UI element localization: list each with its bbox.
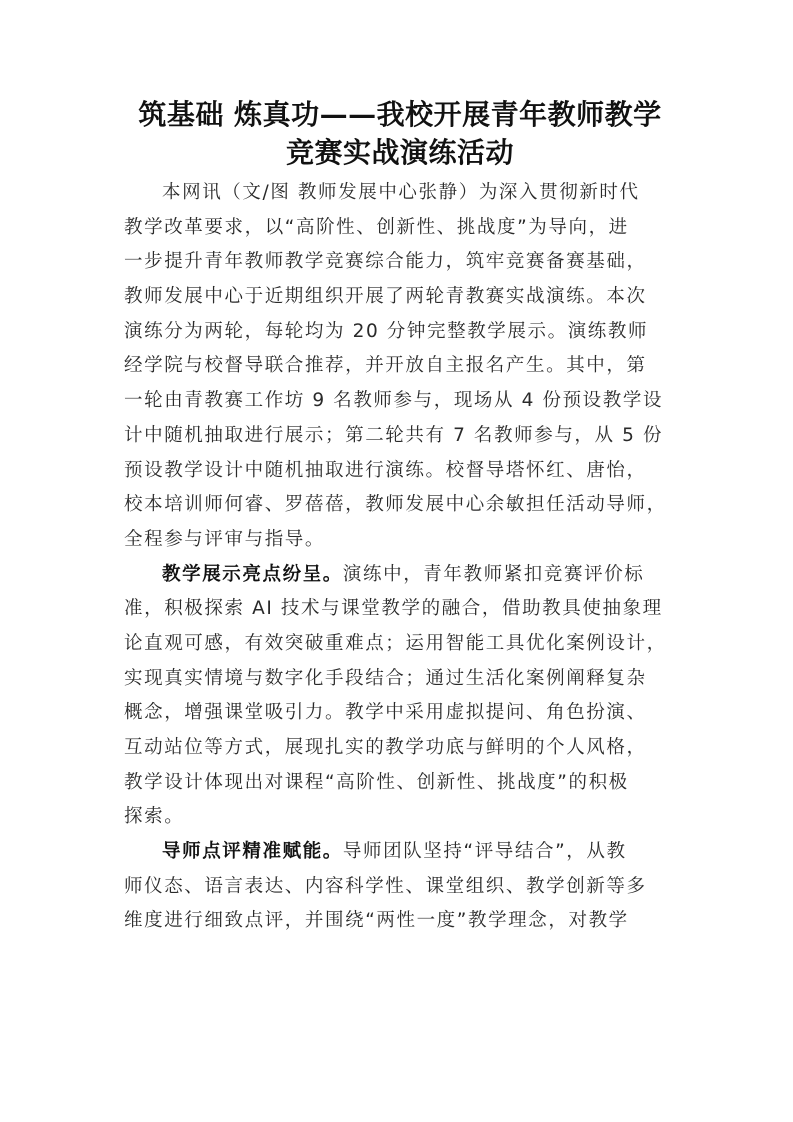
section-lead-heading: 导师点评精准赋能。 — [162, 841, 343, 862]
text-line: 探索。 — [124, 800, 684, 835]
text-line: 本网讯（文/图 教师发展中心张静）为深入贯彻新时代 — [124, 176, 684, 211]
paragraph-intro: 本网讯（文/图 教师发展中心张静）为深入贯彻新时代 教学改革要求，以“高阶性、创… — [124, 176, 684, 558]
text-line: 实现真实情境与数字化手段结合；通过生活化案例阐释复杂 — [124, 662, 684, 697]
text-line: 校本培训师何睿、罗蓓蓓，教师发展中心余敏担任活动导师， — [124, 488, 684, 523]
text-line: 教学展示亮点纷呈。演练中，青年教师紧扣竞赛评价标 — [124, 558, 684, 593]
text-line: 全程参与评审与指导。 — [124, 523, 684, 558]
document-page: 筑基础 炼真功——我校开展青年教师教学 竞赛实战演练活动 本网讯（文/图 教师发… — [0, 0, 793, 1122]
text-line: 教学改革要求，以“高阶性、创新性、挑战度”为导向，进 — [124, 211, 684, 246]
text-fragment: 导师团队坚持“评导结合”，从教 — [343, 841, 627, 862]
article-body: 本网讯（文/图 教师发展中心张静）为深入贯彻新时代 教学改革要求，以“高阶性、创… — [124, 176, 684, 939]
title-line-1: 筑基础 炼真功——我校开展青年教师教学 — [100, 96, 700, 134]
text-line: 计中随机抽取进行展示；第二轮共有 7 名教师参与，从 5 份 — [124, 419, 684, 454]
title-line-2: 竞赛实战演练活动 — [100, 134, 700, 172]
text-line: 预设教学设计中随机抽取进行演练。校督导塔怀红、唐怡， — [124, 454, 684, 489]
text-line: 教学设计体现出对课程“高阶性、创新性、挑战度”的积极 — [124, 766, 684, 801]
text-fragment: 演练中，青年教师紧扣竞赛评价标 — [343, 564, 645, 585]
text-line: 互动站位等方式，展现扎实的教学功底与鲜明的个人风格， — [124, 731, 684, 766]
text-line: 论直观可感，有效突破重难点；运用智能工具优化案例设计， — [124, 627, 684, 662]
text-line: 师仪态、语言表达、内容科学性、课堂组织、教学创新等多 — [124, 870, 684, 905]
text-line: 演练分为两轮，每轮均为 20 分钟完整教学展示。演练教师 — [124, 315, 684, 350]
text-line: 一步提升青年教师教学竞赛综合能力，筑牢竞赛备赛基础， — [124, 245, 684, 280]
text-line: 教师发展中心于近期组织开展了两轮青教赛实战演练。本次 — [124, 280, 684, 315]
text-line: 维度进行细致点评，并围绕“两性一度”教学理念，对教学 — [124, 904, 684, 939]
paragraph-mentor-review: 导师点评精准赋能。导师团队坚持“评导结合”，从教 师仪态、语言表达、内容科学性、… — [124, 835, 684, 939]
paragraph-teaching-highlights: 教学展示亮点纷呈。演练中，青年教师紧扣竞赛评价标 准，积极探索 AI 技术与课堂… — [124, 558, 684, 836]
text-line: 经学院与校督导联合推荐，并开放自主报名产生。其中，第 — [124, 349, 684, 384]
text-line: 导师点评精准赋能。导师团队坚持“评导结合”，从教 — [124, 835, 684, 870]
text-line: 一轮由青教赛工作坊 9 名教师参与，现场从 4 份预设教学设 — [124, 384, 684, 419]
text-line: 准，积极探索 AI 技术与课堂教学的融合，借助教具使抽象理 — [124, 592, 684, 627]
text-line: 概念，增强课堂吸引力。教学中采用虚拟提问、角色扮演、 — [124, 696, 684, 731]
section-lead-heading: 教学展示亮点纷呈。 — [162, 564, 343, 585]
article-title: 筑基础 炼真功——我校开展青年教师教学 竞赛实战演练活动 — [100, 96, 700, 172]
